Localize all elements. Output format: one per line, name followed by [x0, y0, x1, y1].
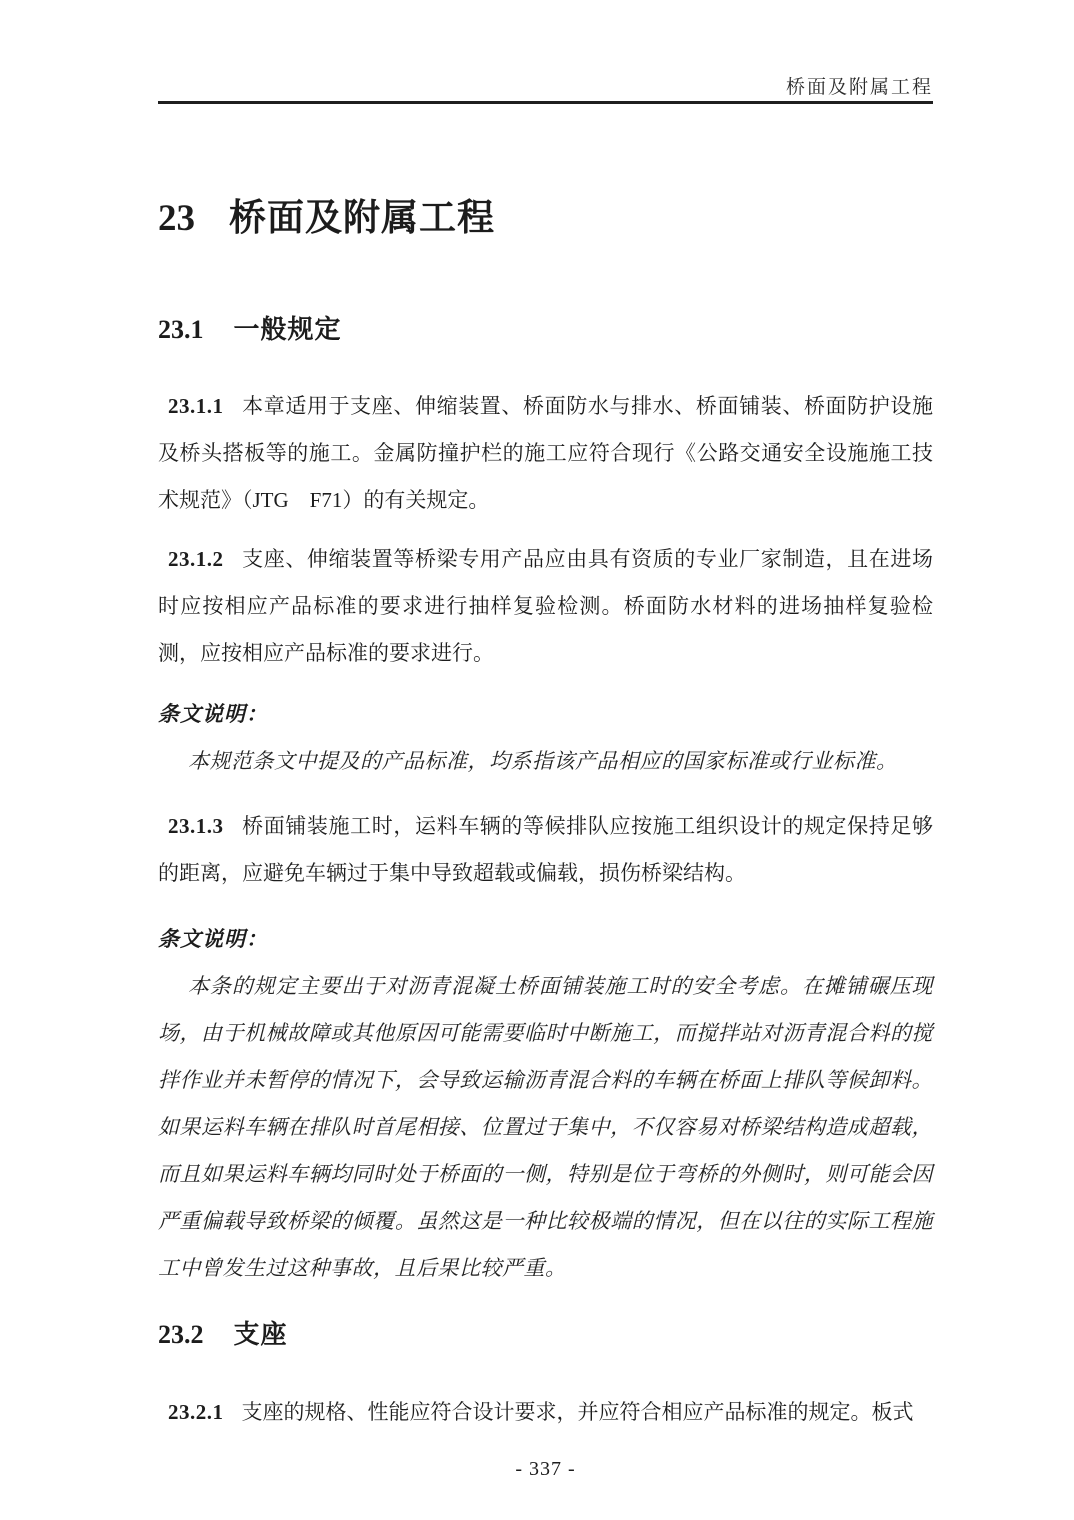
clause-number: 23.2.1	[168, 1400, 224, 1424]
section-heading-23-1: 23.1一般规定	[158, 312, 933, 347]
section-number: 23.1	[158, 315, 204, 344]
clause-number: 23.1.2	[168, 547, 224, 571]
page-content: 桥面及附属工程 23桥面及附属工程 23.1一般规定 23.1.1本章适用于支座…	[158, 0, 933, 1482]
clause-number: 23.1.3	[168, 814, 224, 838]
section-title-text: 一般规定	[234, 314, 342, 344]
page-number: - 337 -	[158, 1456, 933, 1482]
chapter-number: 23	[158, 198, 195, 239]
commentary-label: 条文说明：	[158, 691, 933, 738]
commentary-text: 本规范条文中提及的产品标准，均系指该产品相应的国家标准或行业标准。	[158, 738, 933, 785]
clause-23-1-1: 23.1.1本章适用于支座、伸缩装置、桥面防水与排水、桥面铺装、桥面防护设施及桥…	[158, 383, 933, 524]
clause-text: 本章适用于支座、伸缩装置、桥面防水与排水、桥面铺装、桥面防护设施及桥头搭板等的施…	[158, 394, 933, 512]
clause-23-1-3: 23.1.3桥面铺装施工时，运料车辆的等候排队应按施工组织设计的规定保持足够的距…	[158, 803, 933, 897]
clause-text: 桥面铺装施工时，运料车辆的等候排队应按施工组织设计的规定保持足够的距离，应避免车…	[158, 814, 933, 885]
clause-23-1-2: 23.1.2支座、伸缩装置等桥梁专用产品应由具有资质的专业厂家制造，且在进场时应…	[158, 536, 933, 677]
clause-text: 支座、伸缩装置等桥梁专用产品应由具有资质的专业厂家制造，且在进场时应按相应产品标…	[158, 547, 933, 665]
commentary-note-1: 条文说明： 本规范条文中提及的产品标准，均系指该产品相应的国家标准或行业标准。	[158, 691, 933, 785]
section-number: 23.2	[158, 1320, 204, 1349]
running-header-text: 桥面及附属工程	[786, 77, 933, 98]
document-page: 桥面及附属工程 23桥面及附属工程 23.1一般规定 23.1.1本章适用于支座…	[0, 0, 1074, 1520]
commentary-label: 条文说明：	[158, 916, 933, 963]
commentary-text: 本条的规定主要出于对沥青混凝土桥面铺装施工时的安全考虑。在摊铺碾压现场，由于机械…	[158, 963, 933, 1292]
running-header: 桥面及附属工程	[158, 0, 933, 104]
chapter-title: 23桥面及附属工程	[158, 194, 933, 243]
chapter-title-text: 桥面及附属工程	[229, 197, 495, 238]
clause-text: 支座的规格、性能应符合设计要求，并应符合相应产品标准的规定。板式	[242, 1400, 914, 1424]
commentary-note-2: 条文说明： 本条的规定主要出于对沥青混凝土桥面铺装施工时的安全考虑。在摊铺碾压现…	[158, 916, 933, 1292]
clause-number: 23.1.1	[168, 394, 224, 418]
clause-23-2-1: 23.2.1支座的规格、性能应符合设计要求，并应符合相应产品标准的规定。板式	[158, 1389, 933, 1436]
section-heading-23-2: 23.2支座	[158, 1317, 933, 1352]
section-title-text: 支座	[234, 1319, 288, 1349]
